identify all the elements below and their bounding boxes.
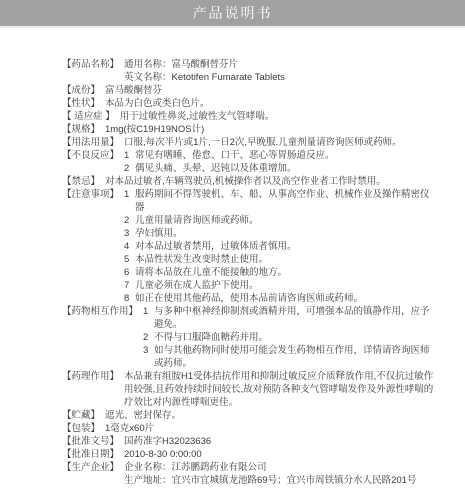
- section-label: 【药品名称】: [62, 58, 119, 71]
- numbered-item: 8如正在使用其他药品，使用本品前请咨询医师或药师。: [124, 292, 435, 305]
- section-line: 国药准字H32023636: [124, 435, 435, 448]
- document-section: 【药物相互作用】1与多种中枢神经抑制剂或酒精并用，可增强本品的镇静作用，应予避免…: [62, 305, 435, 370]
- item-text: 儿童用量请咨询医师或药师。: [135, 214, 435, 227]
- numbered-item: 2偶见头痛、头晕、迟钝以及体重增加。: [124, 162, 435, 175]
- section-line: 口服,每次半片或1片,一日2次,早晚服.儿童剂量请咨询医师或药师。: [124, 136, 435, 149]
- numbered-item: 5本品性状发生改变时禁止使用。: [124, 253, 435, 266]
- numbered-item: 2不得与口服降血糖药并用。: [143, 331, 435, 344]
- section-line: 本品为白色或类白色片。: [105, 97, 435, 110]
- section-line: 2010-8-30 0:00:00: [124, 448, 435, 461]
- section-label: 【批准文号】: [62, 435, 119, 448]
- section-label: 【药物相互作用】: [62, 305, 138, 318]
- section-label: 【 适应症 】: [62, 110, 115, 123]
- section-label: 【贮藏】: [62, 409, 100, 422]
- document-section: 【药理作用】本品兼有组胺H1受体拮抗作用和抑制过敏反应介质释放作用,不仅抗过敏作…: [62, 370, 435, 409]
- document-body: 【药品名称】通用名称：富马酸酮替芬片英文名称：Ketotifen Fumarat…: [0, 28, 465, 487]
- document-section: 【贮藏】遮光、密封保存。: [62, 409, 435, 422]
- numbered-item: 6请将本品放在儿童不能接触的地方。: [124, 266, 435, 279]
- item-number: 4: [124, 240, 135, 253]
- section-label: 【成份】: [62, 84, 100, 97]
- item-text: 儿童必须在成人监护下使用。: [135, 279, 435, 292]
- numbered-item: 4对本品过敏者禁用，过敏体质者慎用。: [124, 240, 435, 253]
- section-line: 富马酸酮替芬: [105, 84, 435, 97]
- numbered-item: 1与多种中枢神经抑制剂或酒精并用，可增强本品的镇静作用，应予避免。: [143, 305, 435, 331]
- document-section: 【不良反应】1常见有嗜睡、倦怠、口干、恶心等胃肠道反应。2偶见头痛、头晕、迟钝以…: [62, 149, 435, 175]
- section-content: 企业名称：江苏鹏鹞药业有限公司生产地址：宜兴市宜城镇龙池路69号；宜兴市周铁镇分…: [124, 461, 435, 487]
- item-text: 服药期间不得驾驶机、车、船、从事高空作业、机械作业及操作精密仪器: [135, 188, 435, 214]
- section-label: 【规格】: [62, 123, 100, 136]
- section-label: 【包装】: [62, 422, 100, 435]
- document-section: 【性状】本品为白色或类白色片。: [62, 97, 435, 110]
- section-content: 1毫克x60片: [105, 422, 435, 435]
- section-content: 用于过敏性鼻炎,过敏性支气管哮喘。: [120, 110, 435, 123]
- document-section: 【 适应症 】用于过敏性鼻炎,过敏性支气管哮喘。: [62, 110, 435, 123]
- section-line: 用于过敏性鼻炎,过敏性支气管哮喘。: [120, 110, 435, 123]
- document-section: 【批准日期】2010-8-30 0:00:00: [62, 448, 435, 461]
- section-content: 口服,每次半片或1片,一日2次,早晚服.儿童剂量请咨询医师或药师。: [124, 136, 435, 149]
- section-line: 企业名称：江苏鹏鹞药业有限公司: [124, 461, 435, 474]
- item-text: 对本品过敏者禁用，过敏体质者慎用。: [135, 240, 435, 253]
- section-content: 2010-8-30 0:00:00: [124, 448, 435, 461]
- document-section: 【规格】1mg(按C19H19NOS计): [62, 123, 435, 136]
- section-label: 【性状】: [62, 97, 100, 110]
- document-section: 【药品名称】通用名称：富马酸酮替芬片英文名称：Ketotifen Fumarat…: [62, 58, 435, 84]
- section-content: 1mg(按C19H19NOS计): [105, 123, 435, 136]
- section-content: 遮光、密封保存。: [105, 409, 435, 422]
- document-section: 【批准文号】国药准字H32023636: [62, 435, 435, 448]
- section-line: 对本品过敏者,车辆驾驶员,机械操作者以及高空作业者工作时禁用。: [105, 175, 435, 188]
- section-label: 【用法用量】: [62, 136, 119, 149]
- section-label: 【生产企业】: [62, 461, 119, 474]
- section-line: 生产地址：宜兴市宜城镇龙池路69号；宜兴市周铁镇分水人民路201号: [124, 474, 435, 487]
- item-text: 本品性状发生改变时禁止使用。: [135, 253, 435, 266]
- section-line: 1mg(按C19H19NOS计): [105, 123, 435, 136]
- instruction-sheet-page: 产品说明书 【药品名称】通用名称：富马酸酮替芬片英文名称：Ketotifen F…: [0, 0, 465, 487]
- section-line: 本品兼有组胺H1受体拮抗作用和抑制过敏反应介质释放作用,不仅抗过敏作用较强,且药…: [124, 370, 435, 409]
- item-number: 8: [124, 292, 135, 305]
- section-label: 【注意事项】: [62, 188, 119, 201]
- item-number: 2: [124, 162, 135, 175]
- document-section: 【生产企业】企业名称：江苏鹏鹞药业有限公司生产地址：宜兴市宜城镇龙池路69号；宜…: [62, 461, 435, 487]
- item-number: 2: [143, 331, 154, 344]
- section-line: 1毫克x60片: [105, 422, 435, 435]
- section-line: 遮光、密封保存。: [105, 409, 435, 422]
- item-text: 与多种中枢神经抑制剂或酒精并用，可增强本品的镇静作用，应予避免。: [154, 305, 435, 331]
- item-number: 7: [124, 279, 135, 292]
- section-label: 【批准日期】: [62, 448, 119, 461]
- item-number: 6: [124, 266, 135, 279]
- section-content: 1服药期间不得驾驶机、车、船、从事高空作业、机械作业及操作精密仪器2儿童用量请咨…: [124, 188, 435, 305]
- item-number: 1: [124, 149, 135, 162]
- item-text: 如正在使用其他药品，使用本品前请咨询医师或药师。: [135, 292, 435, 305]
- item-number: 3: [124, 227, 135, 240]
- section-label: 【禁忌】: [62, 175, 100, 188]
- section-content: 通用名称：富马酸酮替芬片英文名称：Ketotifen Fumarate Tabl…: [124, 58, 435, 84]
- section-content: 本品为白色或类白色片。: [105, 97, 435, 110]
- header-bar: 产品说明书: [0, 0, 465, 28]
- numbered-item: 7儿童必须在成人监护下使用。: [124, 279, 435, 292]
- section-content: 对本品过敏者,车辆驾驶员,机械操作者以及高空作业者工作时禁用。: [105, 175, 435, 188]
- numbered-item: 3孕妇慎用。: [124, 227, 435, 240]
- section-content: 富马酸酮替芬: [105, 84, 435, 97]
- section-line: 英文名称：Ketotifen Fumarate Tablets: [124, 71, 435, 84]
- numbered-item: 1常见有嗜睡、倦怠、口干、恶心等胃肠道反应。: [124, 149, 435, 162]
- item-text: 常见有嗜睡、倦怠、口干、恶心等胃肠道反应。: [135, 149, 435, 162]
- document-section: 【用法用量】口服,每次半片或1片,一日2次,早晚服.儿童剂量请咨询医师或药师。: [62, 136, 435, 149]
- section-content: 国药准字H32023636: [124, 435, 435, 448]
- section-content: 本品兼有组胺H1受体拮抗作用和抑制过敏反应介质释放作用,不仅抗过敏作用较强,且药…: [124, 370, 435, 409]
- item-text: 孕妇慎用。: [135, 227, 435, 240]
- numbered-item: 1服药期间不得驾驶机、车、船、从事高空作业、机械作业及操作精密仪器: [124, 188, 435, 214]
- section-label: 【药理作用】: [62, 370, 119, 383]
- item-text: 如与其他药物同时使用可能会发生药物相互作用，详情请咨询医师或药师。: [154, 344, 435, 370]
- item-number: 2: [124, 214, 135, 227]
- item-number: 5: [124, 253, 135, 266]
- item-number: 3: [143, 344, 154, 370]
- section-label: 【不良反应】: [62, 149, 119, 162]
- item-number: 1: [143, 305, 154, 331]
- document-section: 【注意事项】1服药期间不得驾驶机、车、船、从事高空作业、机械作业及操作精密仪器2…: [62, 188, 435, 305]
- document-section: 【成份】富马酸酮替芬: [62, 84, 435, 97]
- item-number: 1: [124, 188, 135, 214]
- item-text: 偶见头痛、头晕、迟钝以及体重增加。: [135, 162, 435, 175]
- document-section: 【禁忌】对本品过敏者,车辆驾驶员,机械操作者以及高空作业者工作时禁用。: [62, 175, 435, 188]
- item-text: 不得与口服降血糖药并用。: [154, 331, 435, 344]
- section-line: 通用名称：富马酸酮替芬片: [124, 58, 435, 71]
- numbered-item: 3如与其他药物同时使用可能会发生药物相互作用，详情请咨询医师或药师。: [143, 344, 435, 370]
- item-text: 请将本品放在儿童不能接触的地方。: [135, 266, 435, 279]
- document-section: 【包装】1毫克x60片: [62, 422, 435, 435]
- page-title: 产品说明书: [193, 3, 273, 23]
- section-content: 1常见有嗜睡、倦怠、口干、恶心等胃肠道反应。2偶见头痛、头晕、迟钝以及体重增加。: [124, 149, 435, 175]
- numbered-item: 2儿童用量请咨询医师或药师。: [124, 214, 435, 227]
- section-content: 1与多种中枢神经抑制剂或酒精并用，可增强本品的镇静作用，应予避免。2不得与口服降…: [143, 305, 435, 370]
